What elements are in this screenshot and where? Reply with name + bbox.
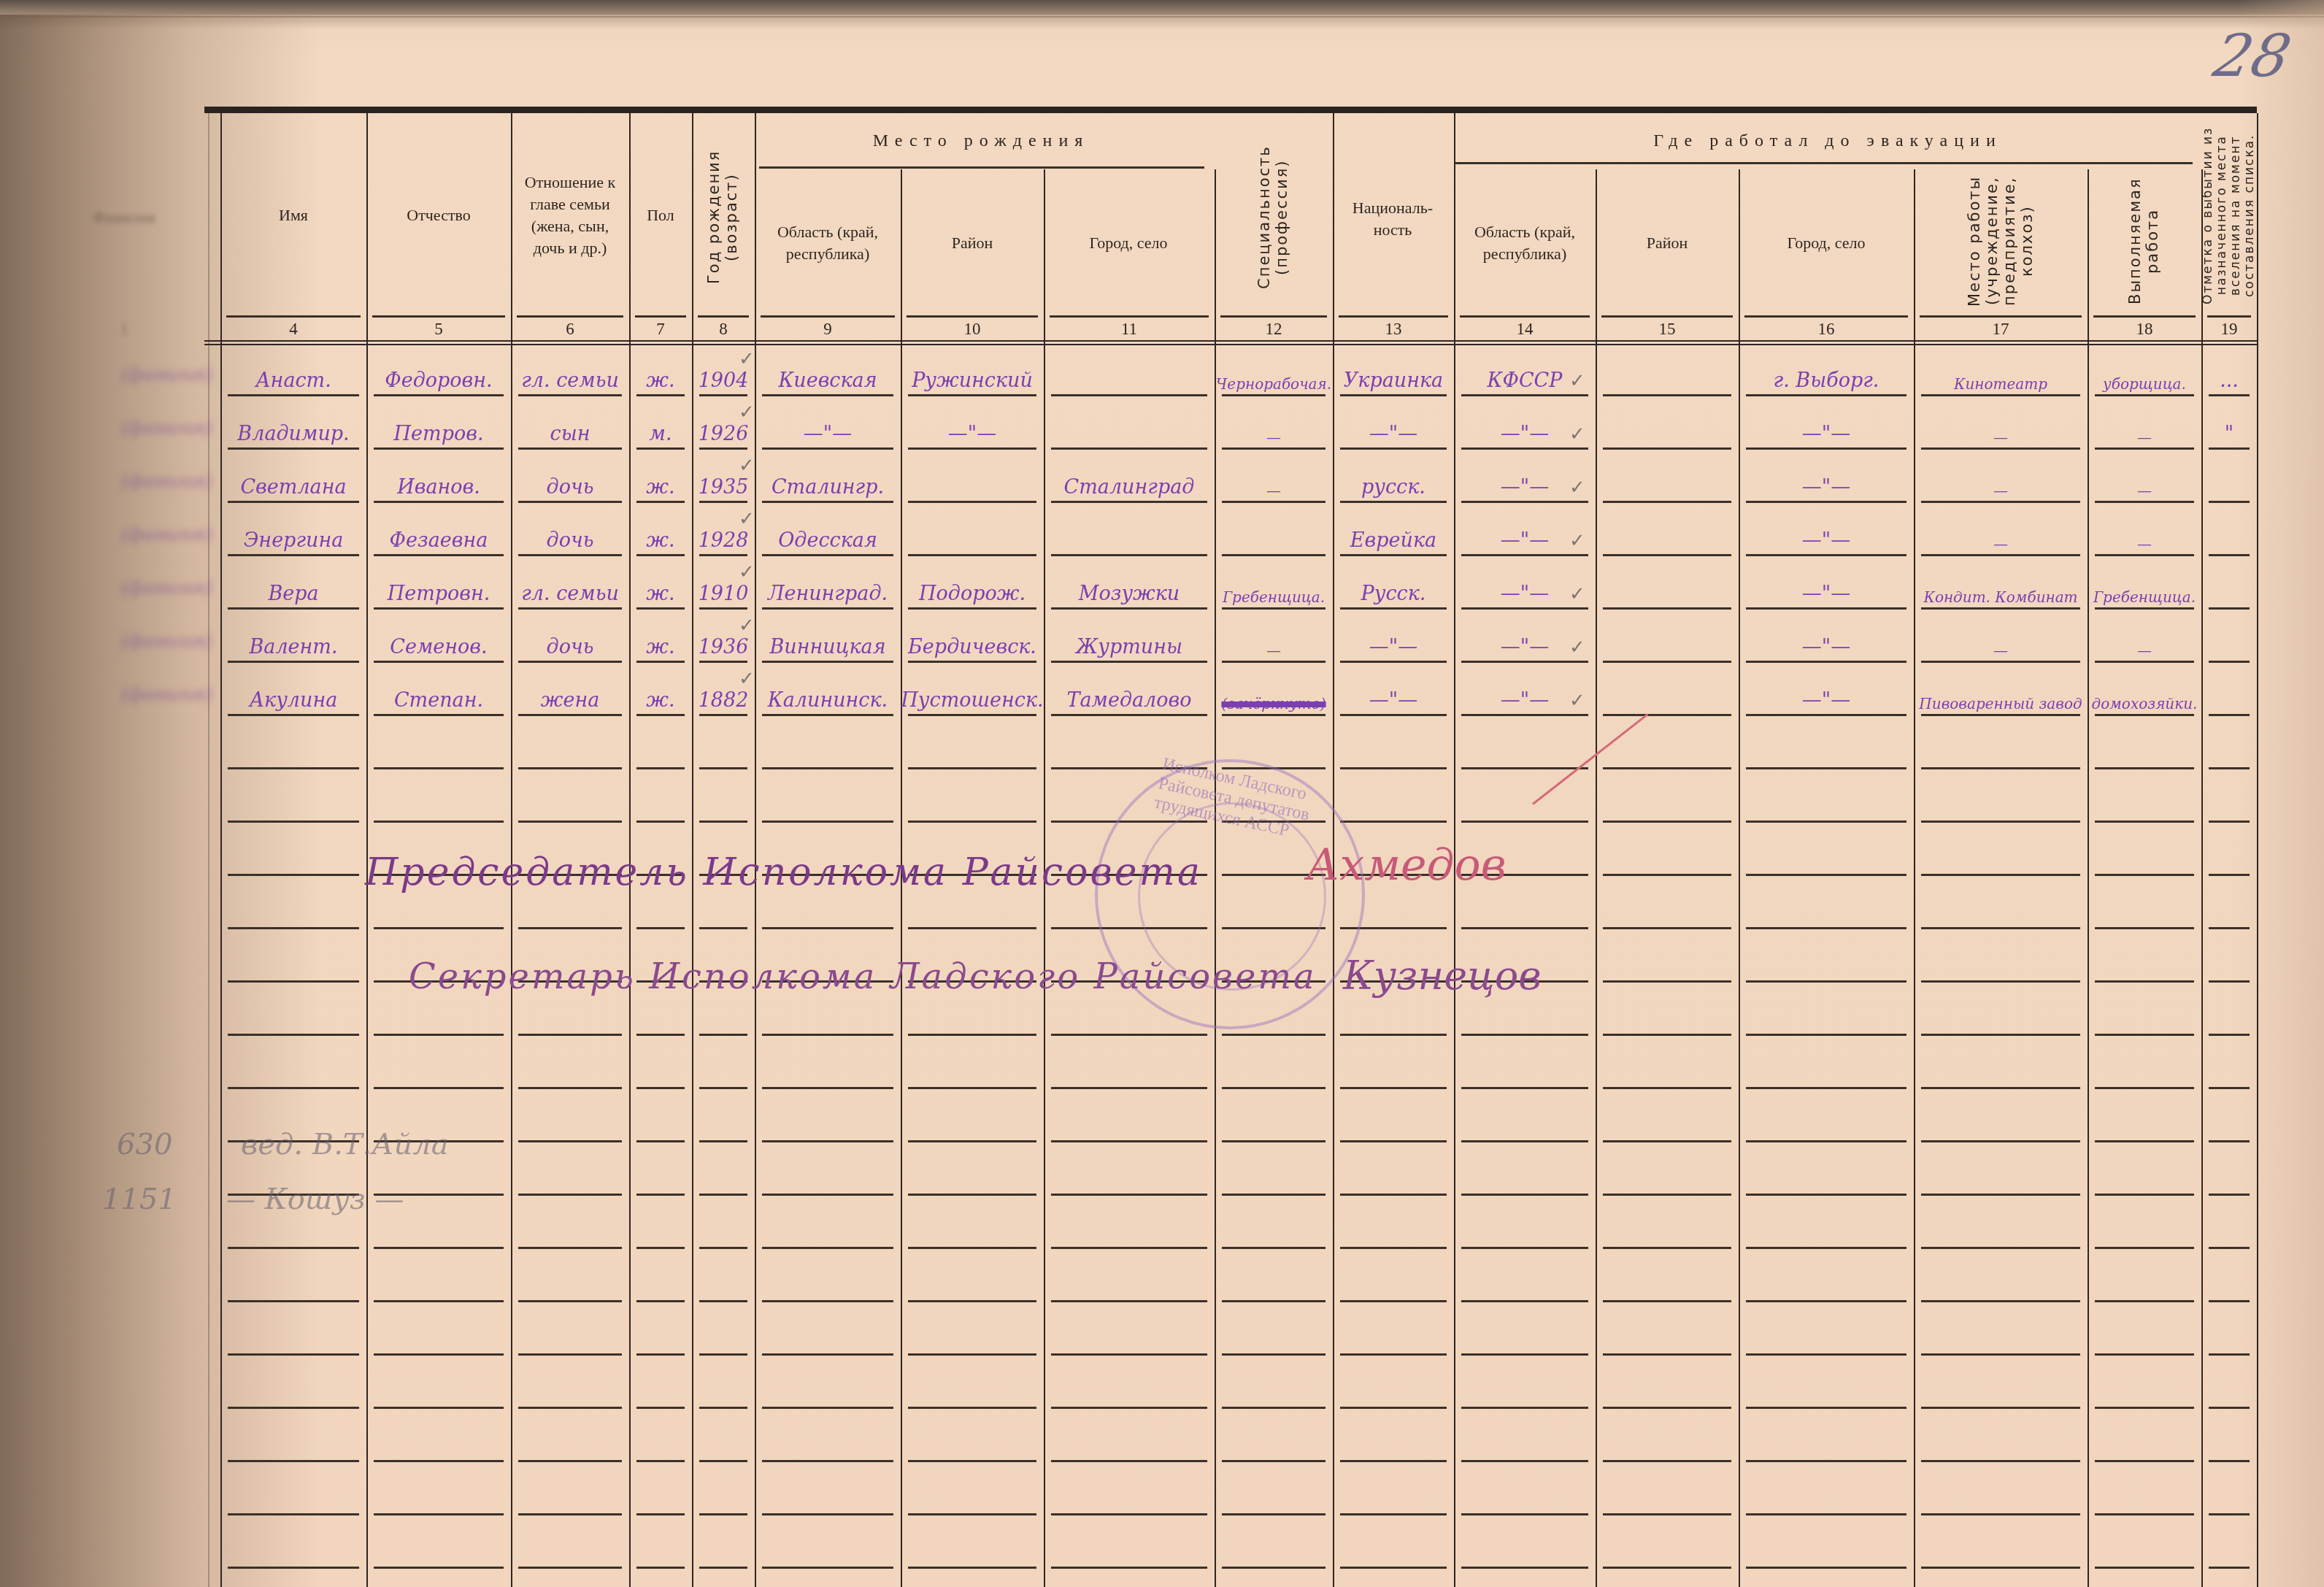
row-rule xyxy=(1051,1353,1207,1356)
column-number-7: 7 xyxy=(629,320,692,340)
header-underline xyxy=(1339,315,1448,318)
row-rule xyxy=(228,1460,359,1462)
row-rule xyxy=(762,1407,893,1409)
row-rule xyxy=(636,1140,685,1142)
cell-birth-district: Подорож. xyxy=(901,560,1044,612)
row-rule xyxy=(518,1087,622,1089)
cell-specialty xyxy=(1215,507,1333,559)
row-rule xyxy=(2209,1247,2250,1249)
header-underline xyxy=(2207,315,2251,318)
column-number-4: 4 xyxy=(220,320,366,340)
cell-name: Вера xyxy=(220,560,366,612)
row-rule xyxy=(518,821,622,823)
row-rule xyxy=(1746,1300,1906,1302)
pencil-check-icon: ✓ xyxy=(1569,637,1585,658)
header-underline xyxy=(1920,315,2082,318)
row-rule xyxy=(1746,927,1906,929)
cell-workplace: Пивоваренный завод xyxy=(1914,666,2088,719)
row-rule xyxy=(1051,1407,1207,1409)
pencil-check-icon: ✓ xyxy=(1569,370,1585,392)
cell-patronymic: Семенов. xyxy=(366,613,511,666)
row-rule xyxy=(1340,1300,1447,1302)
row-rule xyxy=(636,1460,685,1462)
cell-work-district xyxy=(1596,666,1739,719)
group-separator-work xyxy=(1455,162,2193,164)
row-rule xyxy=(762,1567,893,1569)
column-number-19: 19 xyxy=(2201,320,2257,340)
row-rule xyxy=(908,1353,1036,1356)
row-rule xyxy=(518,1034,622,1036)
row-rule xyxy=(1461,1407,1588,1409)
cell-relation: дочь xyxy=(511,507,629,559)
cell-specialty: — xyxy=(1215,400,1333,453)
header-underline xyxy=(1601,315,1733,318)
row-rule xyxy=(1222,1140,1325,1142)
row-rule xyxy=(374,1567,504,1569)
pencil-note-text-1: вед. В.Т.Айла xyxy=(241,1128,449,1161)
header-job-performed: Выполняемая работа xyxy=(2088,168,2200,314)
row-rule xyxy=(1921,1567,2080,1569)
header-underline xyxy=(698,315,749,318)
pencil-check-icon: ✓ xyxy=(1569,690,1585,712)
cell-workplace: — xyxy=(1914,613,2088,666)
cell-departure-mark xyxy=(2201,613,2257,666)
row-rule xyxy=(2209,980,2250,983)
row-rule xyxy=(908,1513,1036,1515)
cell-nationality: русск. xyxy=(1333,453,1454,506)
row-rule xyxy=(1746,980,1906,983)
cell-nationality: Украинка xyxy=(1333,347,1454,399)
cell-specialty: Чернорабочая. xyxy=(1215,347,1333,399)
row-rule xyxy=(1222,1087,1325,1089)
header-underline xyxy=(907,315,1038,318)
cell-nationality: Еврейка xyxy=(1333,507,1454,559)
cell-departure-mark: ... xyxy=(2201,347,2257,399)
pencil-check-icon: ✓ xyxy=(739,668,755,690)
page-fold-line xyxy=(0,16,2324,18)
cell-birth-district xyxy=(901,507,1044,559)
group-header-birthplace: Место рождения xyxy=(755,131,1207,151)
row-rule xyxy=(2095,1300,2194,1302)
row-rule xyxy=(908,1300,1036,1302)
row-rule xyxy=(636,1194,685,1196)
header-sex: Пол xyxy=(629,117,692,314)
row-rule xyxy=(1603,980,1731,983)
surname-blurred: (фамилия) xyxy=(51,683,212,706)
cell-work-city: —"— xyxy=(1739,400,1914,453)
row-rule xyxy=(2095,1353,2194,1356)
cell-sex: м. xyxy=(629,400,692,453)
cell-workplace: Кинотеатр xyxy=(1914,347,2088,399)
row-rule xyxy=(699,1300,747,1302)
row-rule xyxy=(636,927,685,929)
row-rule xyxy=(699,1194,747,1196)
column-number-18: 18 xyxy=(2088,320,2201,340)
row-rule xyxy=(636,1300,685,1302)
header-departure-mark: Отметка о выбытии из назначенного места … xyxy=(2201,117,2257,314)
row-rule xyxy=(1222,1353,1325,1356)
row-rule xyxy=(636,767,685,769)
header-underline xyxy=(1220,315,1327,318)
row-rule xyxy=(1461,1140,1588,1142)
row-rule xyxy=(518,1567,622,1569)
cell-birth-city: Мозужки xyxy=(1044,560,1215,612)
row-rule xyxy=(1051,1140,1207,1142)
row-rule xyxy=(518,927,622,929)
pencil-check-icon: ✓ xyxy=(1569,583,1585,605)
cell-relation: гл. семьи xyxy=(511,560,629,612)
row-rule xyxy=(518,1407,622,1409)
header-underline xyxy=(372,315,505,318)
cell-work-district xyxy=(1596,453,1739,506)
column-number-14: 14 xyxy=(1454,320,1596,340)
row-rule xyxy=(1461,1353,1588,1356)
row-rule xyxy=(228,1034,359,1036)
row-rule xyxy=(1921,1513,2080,1515)
cell-departure-mark xyxy=(2201,453,2257,506)
row-rule xyxy=(1051,1087,1207,1089)
row-rule xyxy=(1222,1407,1325,1409)
cell-birth-city xyxy=(1044,507,1215,559)
table-top-rule xyxy=(204,107,2257,113)
cell-patronymic: Петровн. xyxy=(366,560,511,612)
row-rule xyxy=(1340,1034,1447,1036)
row-rule xyxy=(636,1513,685,1515)
row-rule xyxy=(1921,980,2080,983)
row-rule xyxy=(2209,767,2250,769)
pencil-check-icon: ✓ xyxy=(739,508,755,530)
pencil-note-number-2: 1151 xyxy=(102,1183,177,1216)
row-rule xyxy=(1461,1300,1588,1302)
row-rule xyxy=(636,1353,685,1356)
cell-name: Акулина xyxy=(220,666,366,719)
row-rule xyxy=(1746,1567,1906,1569)
row-rule xyxy=(699,821,747,823)
cell-workplace: Кондит. Комбинат xyxy=(1914,560,2088,612)
row-rule xyxy=(1921,1087,2080,1089)
column-number-9: 9 xyxy=(755,320,901,340)
pencil-check-icon: ✓ xyxy=(739,561,755,583)
row-rule xyxy=(2095,821,2194,823)
row-rule xyxy=(1222,1460,1325,1462)
row-rule xyxy=(1051,1567,1207,1569)
row-rule xyxy=(1340,1407,1447,1409)
row-rule xyxy=(1340,1140,1447,1142)
header-birth-year: Год рождения (возраст) xyxy=(692,120,753,314)
row-rule xyxy=(699,1407,747,1409)
header-underline xyxy=(761,315,895,318)
header-relation: Отношение к главе семьи (жена, сын, дочь… xyxy=(511,117,629,314)
cell-nationality: Русск. xyxy=(1333,560,1454,612)
surname-blurred: (фамилия) xyxy=(51,416,212,439)
header-birth-district: Район xyxy=(901,172,1044,314)
row-rule xyxy=(1603,1087,1731,1089)
header-underline xyxy=(226,315,361,318)
row-rule xyxy=(2095,927,2194,929)
row-rule xyxy=(228,1567,359,1569)
header-underline xyxy=(635,315,686,318)
column-number-16: 16 xyxy=(1739,320,1914,340)
pencil-check-icon: ✓ xyxy=(1569,530,1585,552)
cell-work-city: —"— xyxy=(1739,666,1914,719)
row-rule xyxy=(1051,1513,1207,1515)
header-birth-region: Область (край, республика) xyxy=(755,172,901,314)
gutter-divider xyxy=(208,113,209,1587)
row-rule xyxy=(908,1194,1036,1196)
row-rule xyxy=(1746,821,1906,823)
row-rule xyxy=(1921,874,2080,876)
row-rule xyxy=(1222,1567,1325,1569)
row-rule xyxy=(2209,1140,2250,1142)
row-rule xyxy=(699,1247,747,1249)
cell-birth-city: Сталинград xyxy=(1044,453,1215,506)
row-rule xyxy=(762,1353,893,1356)
row-rule xyxy=(1746,1513,1906,1515)
cell-workplace: — xyxy=(1914,453,2088,506)
row-rule xyxy=(1921,767,2080,769)
column-number-10: 10 xyxy=(901,320,1044,340)
header-underline xyxy=(1050,315,1209,318)
row-rule xyxy=(1746,1194,1906,1196)
cell-departure-mark xyxy=(2201,560,2257,612)
row-rule xyxy=(762,821,893,823)
cell-job: — xyxy=(2088,613,2201,666)
row-rule xyxy=(699,1034,747,1036)
row-rule xyxy=(908,1087,1036,1089)
cell-birth-region: Одесская xyxy=(755,507,901,559)
header-work-district: Район xyxy=(1596,172,1739,314)
column-number-17: 17 xyxy=(1914,320,2088,340)
row-rule xyxy=(1921,1460,2080,1462)
cell-birth-city xyxy=(1044,347,1215,399)
column-divider xyxy=(2257,113,2258,1587)
row-rule xyxy=(2095,1140,2194,1142)
row-rule xyxy=(908,1140,1036,1142)
row-rule xyxy=(636,1247,685,1249)
row-rule xyxy=(1222,1034,1325,1036)
row-rule xyxy=(374,1300,504,1302)
row-rule xyxy=(374,1513,504,1515)
row-rule xyxy=(699,1087,747,1089)
row-rule xyxy=(518,1247,622,1249)
row-rule xyxy=(518,1300,622,1302)
cell-birth-district: Ружинский xyxy=(901,347,1044,399)
cell-work-district xyxy=(1596,507,1739,559)
row-rule xyxy=(1051,1300,1207,1302)
row-rule xyxy=(1603,1567,1731,1569)
row-rule xyxy=(1461,1247,1588,1249)
row-rule xyxy=(762,1087,893,1089)
pencil-note-number-1: 630 xyxy=(117,1128,172,1161)
row-rule xyxy=(2095,1087,2194,1089)
cell-job: — xyxy=(2088,507,2201,559)
row-rule xyxy=(1340,1247,1447,1249)
cell-sex: ж. xyxy=(629,613,692,666)
page-number: 28 xyxy=(2208,22,2297,90)
row-rule xyxy=(1603,821,1731,823)
row-rule xyxy=(1746,874,1906,876)
row-rule xyxy=(1921,1353,2080,1356)
row-rule xyxy=(2209,1407,2250,1409)
row-rule xyxy=(228,1513,359,1515)
column-number-8: 8 xyxy=(692,320,755,340)
row-rule xyxy=(374,1247,504,1249)
cell-work-district xyxy=(1596,347,1739,399)
surname-blurred: (фамилия) xyxy=(51,469,212,493)
row-rule xyxy=(1051,1247,1207,1249)
column-number-15: 15 xyxy=(1596,320,1739,340)
chairman-signature: Ахмедов xyxy=(1307,839,1507,891)
row-rule xyxy=(2209,821,2250,823)
row-rule xyxy=(1746,1140,1906,1142)
chairman-title: Председатель Исполкома Райсовета xyxy=(365,850,1202,894)
cell-name: Светлана xyxy=(220,453,366,506)
cell-birth-region: Сталингр. xyxy=(755,453,901,506)
column-number-1: 1 xyxy=(88,320,161,340)
cell-birth-city: Журтины xyxy=(1044,613,1215,666)
row-rule xyxy=(374,1353,504,1356)
row-rule xyxy=(1603,1140,1731,1142)
row-rule xyxy=(1603,1407,1731,1409)
row-rule xyxy=(699,1353,747,1356)
row-rule xyxy=(699,1140,747,1142)
row-rule xyxy=(762,1194,893,1196)
row-rule xyxy=(2209,1353,2250,1356)
row-rule xyxy=(228,927,359,929)
cell-patronymic: Петров. xyxy=(366,400,511,453)
cell-departure-mark xyxy=(2201,507,2257,559)
row-rule xyxy=(2209,874,2250,876)
row-rule xyxy=(228,767,359,769)
header-work-city: Город, село xyxy=(1739,172,1914,314)
cell-job: Гребенщица. xyxy=(2088,560,2201,612)
pencil-check-icon: ✓ xyxy=(739,401,755,423)
row-rule xyxy=(1746,1407,1906,1409)
row-rule xyxy=(636,1034,685,1036)
row-rule xyxy=(2095,1513,2194,1515)
row-rule xyxy=(228,874,359,876)
header-underline xyxy=(517,315,623,318)
cell-birth-city xyxy=(1044,400,1215,453)
pencil-check-icon: ✓ xyxy=(1569,477,1585,499)
cell-birth-district xyxy=(901,453,1044,506)
row-rule xyxy=(699,1513,747,1515)
cell-departure-mark: " xyxy=(2201,400,2257,453)
row-rule xyxy=(1746,1460,1906,1462)
row-rule xyxy=(518,1140,622,1142)
cell-work-district xyxy=(1596,613,1739,666)
header-workplace: Место работы (учреждение, предприятие, к… xyxy=(1914,168,2088,314)
cell-work-district xyxy=(1596,560,1739,612)
row-rule xyxy=(1921,1407,2080,1409)
row-rule xyxy=(228,1300,359,1302)
row-rule xyxy=(2095,1407,2194,1409)
cell-job: уборщица. xyxy=(2088,347,2201,399)
secretary-title: Секретарь Исполкома Ладского Райсовета xyxy=(409,956,1317,997)
column-number-12: 12 xyxy=(1215,320,1333,340)
row-rule xyxy=(762,1300,893,1302)
row-rule xyxy=(1340,1194,1447,1196)
row-rule xyxy=(2209,1194,2250,1196)
cell-birth-region: Киевская xyxy=(755,347,901,399)
cell-birth-region: Винницкая xyxy=(755,613,901,666)
row-rule xyxy=(908,927,1036,929)
row-rule xyxy=(2095,1247,2194,1249)
row-rule xyxy=(2095,980,2194,983)
row-rule xyxy=(2209,1567,2250,1569)
cell-sex: ж. xyxy=(629,560,692,612)
cell-relation: дочь xyxy=(511,613,629,666)
row-rule xyxy=(908,1460,1036,1462)
cell-work-city: —"— xyxy=(1739,453,1914,506)
cell-specialty: — xyxy=(1215,453,1333,506)
cell-birth-district: Пустошенск. xyxy=(901,666,1044,719)
cell-job: — xyxy=(2088,453,2201,506)
row-rule xyxy=(228,1353,359,1356)
row-rule xyxy=(228,1247,359,1249)
row-rule xyxy=(228,980,359,983)
row-rule xyxy=(1340,1087,1447,1089)
cell-patronymic: Федоровн. xyxy=(366,347,511,399)
row-rule xyxy=(2095,874,2194,876)
header-underline xyxy=(2093,315,2196,318)
cell-patronymic: Степан. xyxy=(366,666,511,719)
cell-work-city: —"— xyxy=(1739,560,1914,612)
row-rule xyxy=(228,1087,359,1089)
row-rule xyxy=(228,821,359,823)
row-rule xyxy=(1051,1034,1207,1036)
column-number-5: 5 xyxy=(366,320,511,340)
pencil-note-text-2: — Кошуз — xyxy=(226,1183,404,1216)
row-rule xyxy=(374,1034,504,1036)
row-rule xyxy=(2095,1460,2194,1462)
row-rule xyxy=(1340,1353,1447,1356)
row-rule xyxy=(518,1513,622,1515)
row-rule xyxy=(374,767,504,769)
row-rule xyxy=(1461,927,1588,929)
row-rule xyxy=(699,767,747,769)
row-rule xyxy=(1746,1087,1906,1089)
row-rule xyxy=(2095,1194,2194,1196)
row-rule xyxy=(1603,1034,1731,1036)
group-separator-birthplace xyxy=(759,166,1204,169)
row-rule xyxy=(518,1194,622,1196)
row-rule xyxy=(1921,1300,2080,1302)
row-rule xyxy=(762,1034,893,1036)
cell-job: домохозяйки. xyxy=(2088,666,2201,719)
cell-sex: ж. xyxy=(629,347,692,399)
cell-job: — xyxy=(2088,400,2201,453)
row-rule xyxy=(2209,1300,2250,1302)
cell-relation: дочь xyxy=(511,453,629,506)
cell-workplace: — xyxy=(1914,507,2088,559)
column-number-11: 11 xyxy=(1044,320,1215,340)
row-rule xyxy=(1461,1460,1588,1462)
pencil-check-icon: ✓ xyxy=(739,455,755,477)
cell-specialty: — xyxy=(1215,613,1333,666)
row-rule xyxy=(1603,1194,1731,1196)
surname-blurred: (фамилия) xyxy=(51,629,212,653)
cell-relation: жена xyxy=(511,666,629,719)
row-rule xyxy=(699,927,747,929)
row-rule xyxy=(1603,1300,1731,1302)
row-rule xyxy=(762,1460,893,1462)
column-number-13: 13 xyxy=(1333,320,1454,340)
row-rule xyxy=(908,1034,1036,1036)
cell-birth-district: —"— xyxy=(901,400,1044,453)
row-rule xyxy=(1340,1513,1447,1515)
row-rule xyxy=(1340,1567,1447,1569)
